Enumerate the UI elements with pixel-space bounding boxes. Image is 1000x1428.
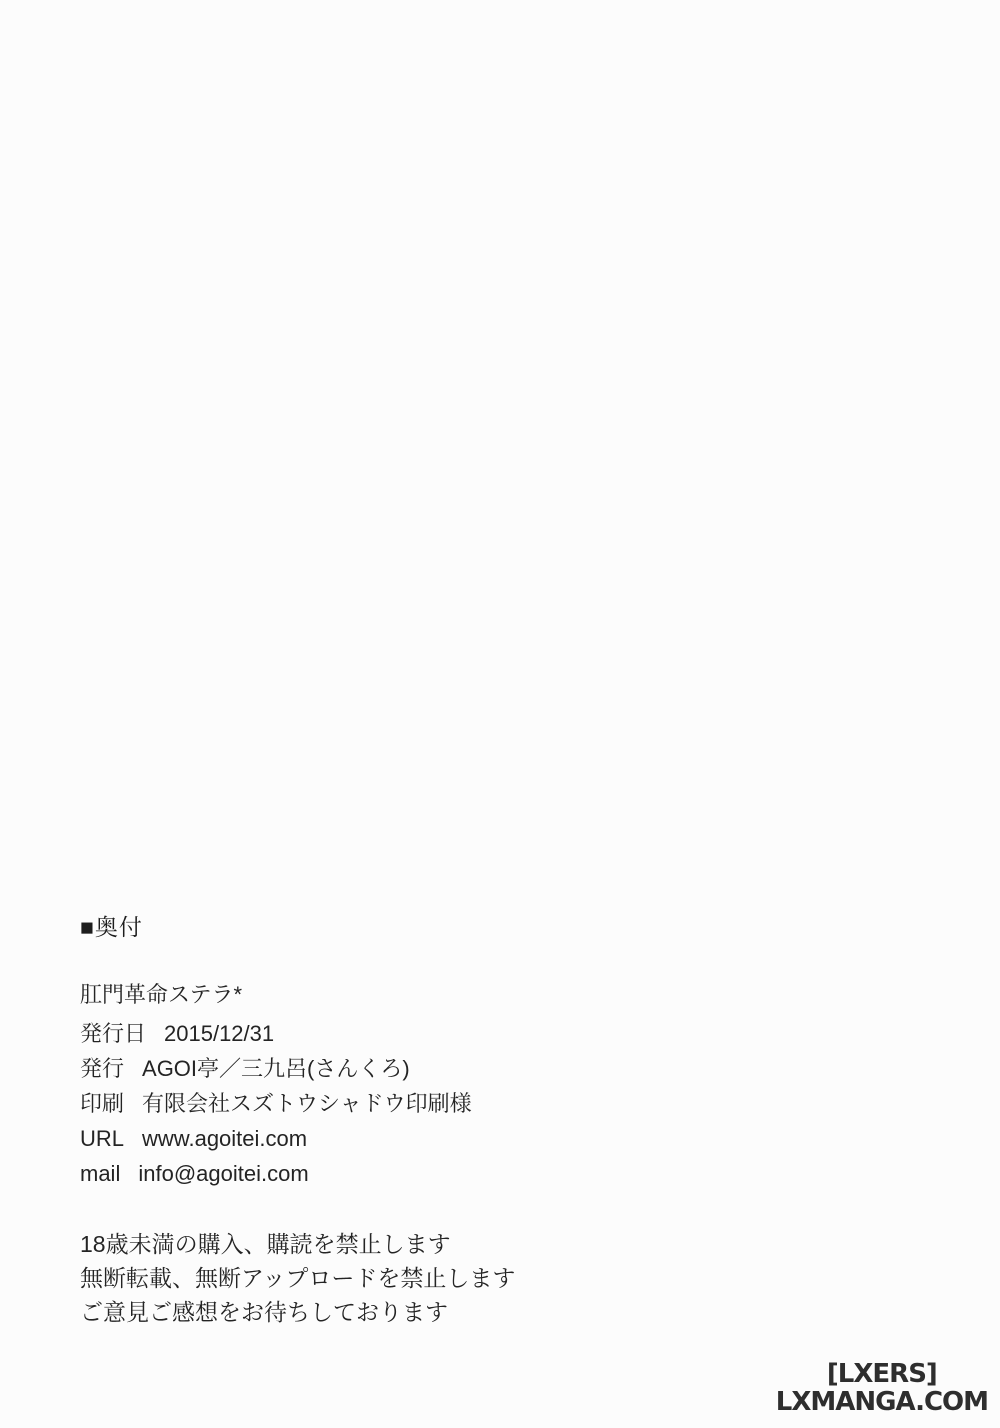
site-watermark: [LXERS] LXMANGA.COM xyxy=(776,1360,988,1416)
colophon-block: ■奥付 肛門革命ステラ* 発行日 2015/12/31 発行 AGOI亭／三九呂… xyxy=(80,914,840,1329)
book-title: 肛門革命ステラ* xyxy=(80,982,840,1008)
colophon-row-publisher: 発行 AGOI亭／三九呂(さんくろ) xyxy=(80,1051,840,1086)
watermark-group-name: [LXERS] xyxy=(776,1360,988,1388)
notice-line-no-reupload: 無断転載、無断アップロードを禁止します xyxy=(80,1261,840,1295)
row-value: AGOI亭／三九呂(さんくろ) xyxy=(142,1051,410,1086)
colophon-row-url: URL www.agoitei.com xyxy=(80,1121,840,1156)
row-label: 発行 xyxy=(80,1051,124,1086)
row-value-mail: info@agoitei.com xyxy=(138,1156,308,1191)
watermark-site-url: LXMANGA.COM xyxy=(776,1388,988,1416)
colophon-info-list: 発行日 2015/12/31 発行 AGOI亭／三九呂(さんくろ) 印刷 有限会… xyxy=(80,1016,840,1191)
colophon-row-publish-date: 発行日 2015/12/31 xyxy=(80,1016,840,1051)
row-value-url: www.agoitei.com xyxy=(142,1121,307,1156)
colophon-page: ■奥付 肛門革命ステラ* 発行日 2015/12/31 発行 AGOI亭／三九呂… xyxy=(0,0,1000,1428)
row-label: URL xyxy=(80,1121,124,1156)
row-value: 2015/12/31 xyxy=(164,1016,274,1051)
colophon-heading: ■奥付 xyxy=(80,914,840,940)
row-label: 印刷 xyxy=(80,1086,124,1121)
notice-line-feedback: ご意見ご感想をお待ちしております xyxy=(80,1295,840,1329)
colophon-row-printer: 印刷 有限会社スズトウシャドウ印刷様 xyxy=(80,1086,840,1121)
row-label: mail xyxy=(80,1156,120,1191)
colophon-row-mail: mail info@agoitei.com xyxy=(80,1156,840,1191)
row-value: 有限会社スズトウシャドウ印刷様 xyxy=(142,1086,472,1121)
notice-block: 18歳未満の購入、購読を禁止します 無断転載、無断アップロードを禁止します ご意… xyxy=(80,1227,840,1329)
notice-line-age-restriction: 18歳未満の購入、購読を禁止します xyxy=(80,1227,840,1261)
row-label: 発行日 xyxy=(80,1016,146,1051)
